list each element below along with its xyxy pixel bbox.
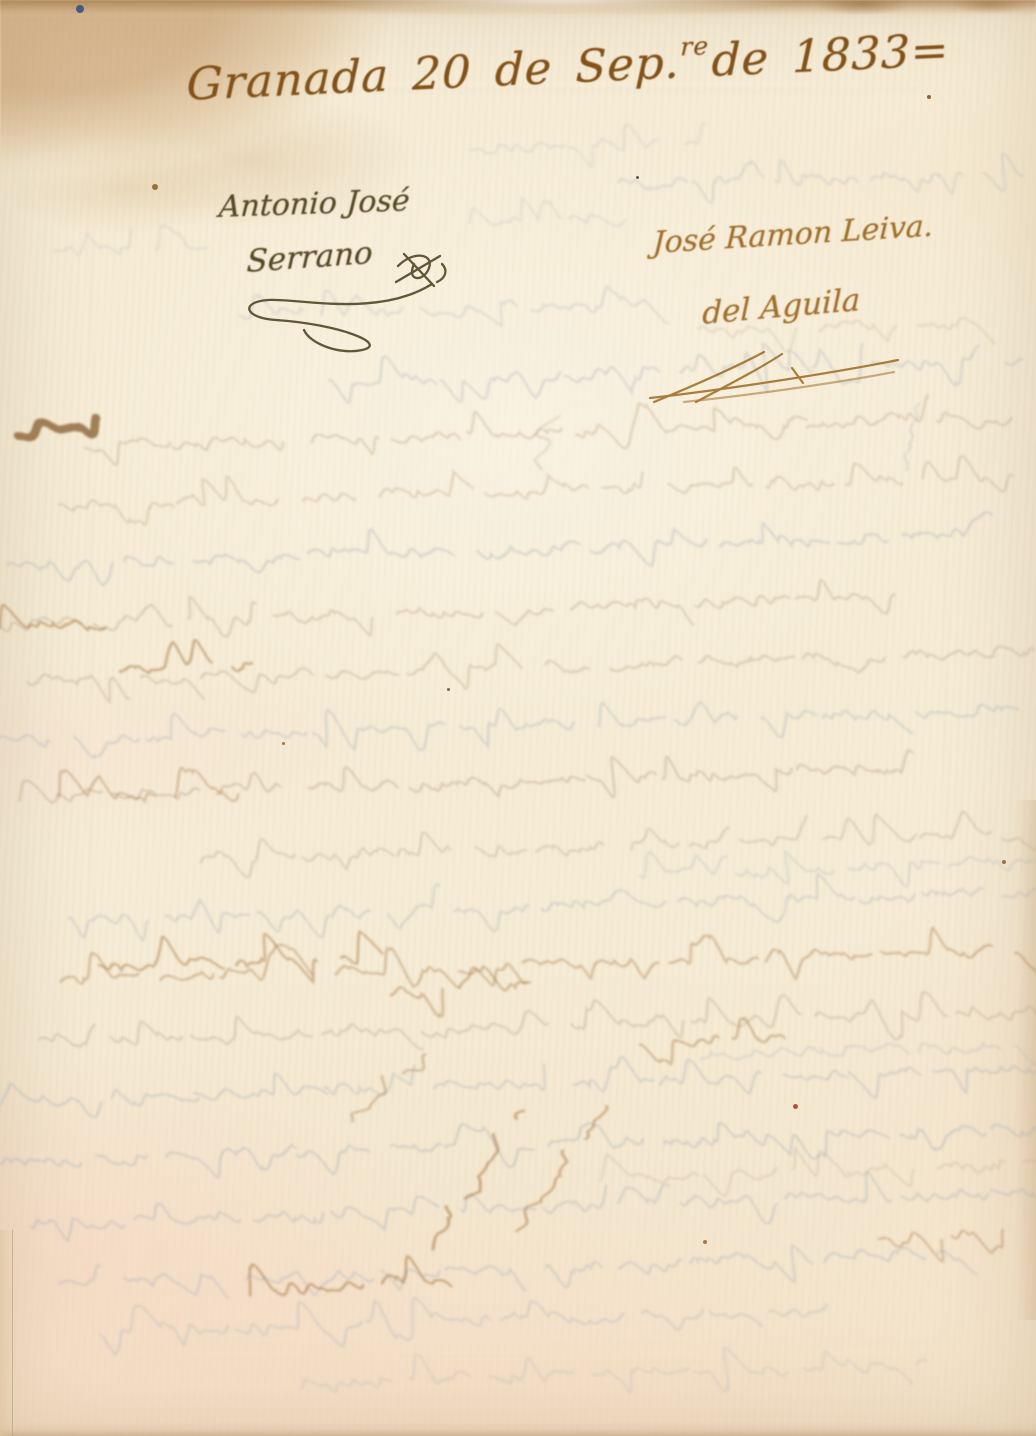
dateline-prefix: Granada 20 de Sep.	[186, 35, 681, 111]
page-edge-right	[1016, 800, 1036, 1320]
signature-right-line2: del Aguila	[702, 282, 860, 332]
dateline-superscript: re	[680, 31, 709, 61]
dateline-suffix: de 1833=	[711, 23, 950, 87]
ink-speck	[636, 176, 639, 179]
ink-speck	[793, 1104, 798, 1109]
ink-speck	[447, 688, 450, 691]
ink-speck	[927, 95, 931, 99]
dateline: Granada 20 de Sep.rede 1833=	[186, 23, 950, 111]
ink-speck	[703, 1240, 707, 1244]
signature-right-line1: José Ramon Leiva.	[652, 209, 934, 261]
rubric-flourish-left-icon	[228, 246, 478, 366]
ink-speck	[152, 184, 158, 190]
manuscript-page: Granada 20 de Sep.rede 1833= Antonio Jos…	[0, 0, 1036, 1436]
page-edge-bottom	[0, 1422, 1036, 1436]
ink-speck	[282, 742, 285, 745]
ink-speck	[1002, 860, 1006, 864]
signature-left-line1: Antonio José	[218, 183, 411, 225]
deckle-edge-top	[0, 0, 1036, 20]
ink-speck	[76, 5, 84, 13]
page-edge-left	[0, 1230, 13, 1436]
rubric-flourish-right-icon	[642, 342, 912, 406]
